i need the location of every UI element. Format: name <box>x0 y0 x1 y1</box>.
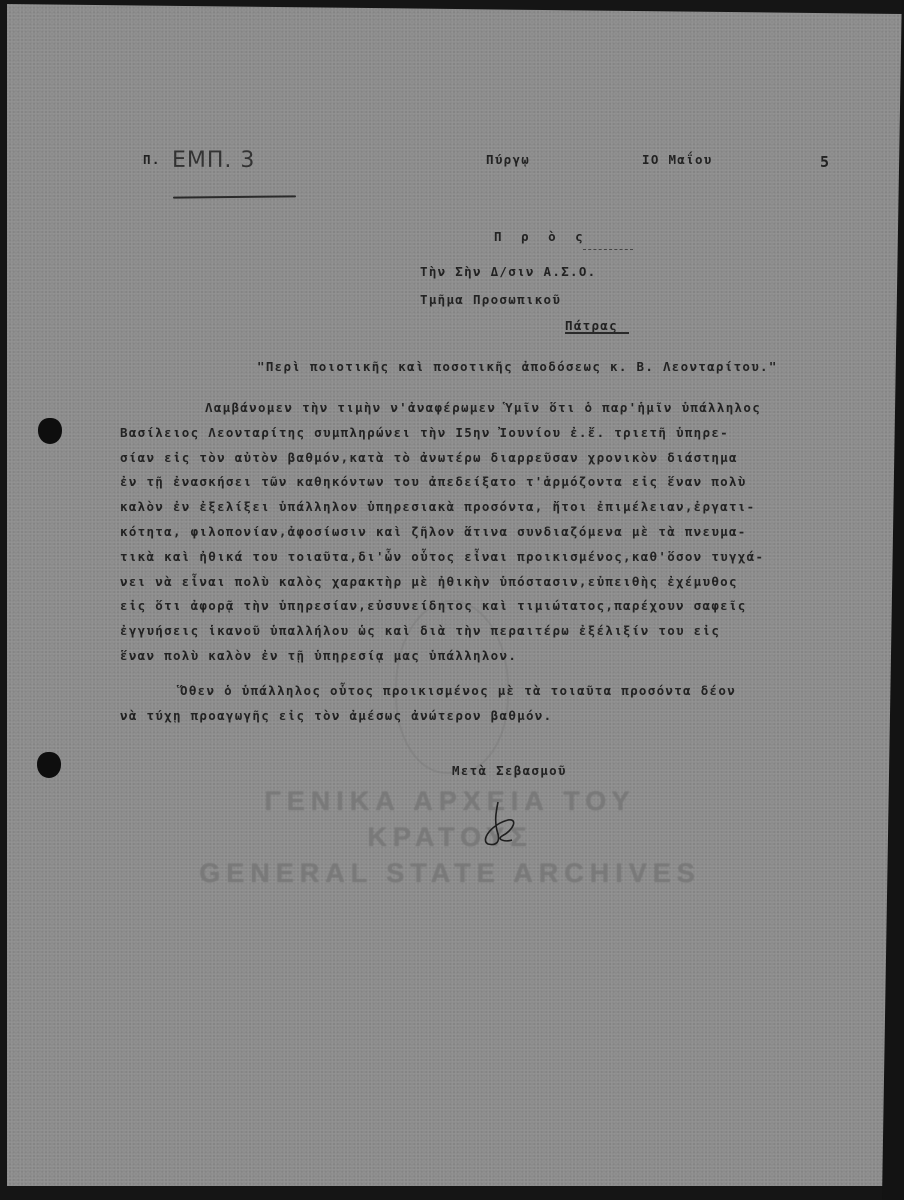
subject-line: "Περὶ ποιοτικῆς καὶ ποσοτικῆς ἀποδόσεως … <box>257 359 778 374</box>
watermark-line-greek: ΓΕΝΙΚΑ ΑΡΧΕΙΑ ΤΟΥ ΚΡΑΤΟΥΣ <box>190 783 710 855</box>
signature-mark <box>478 800 528 850</box>
body-line-5: καλὸν ἐν ἐξελίξει ὑπάλληλον ὑπηρεσιακὰ π… <box>120 499 755 514</box>
header-place: Πύργῳ <box>486 152 530 167</box>
body-line-4: ἐν τῇ ἐνασκήσει τῶν καθηκόντων του ἀπεδε… <box>120 474 747 489</box>
recipient-line-1: Τὴν Σὴν Δ/σιν Α.Σ.Ο. <box>420 264 597 279</box>
recipient-pros: Π ρ ὸ ς <box>494 229 589 244</box>
header-date: ΙΟ Μαΐου <box>642 152 713 167</box>
pros-underline <box>583 249 633 251</box>
body-line-8: νει νὰ εἶναι πολὺ καλὸς χαρακτὴρ μὲ ἠθικ… <box>120 574 738 589</box>
body-line-1: Λαμβάνομεν τὴν τιμὴν ν'ἀναφέρωμεν Ὑμῖν ὅ… <box>205 400 761 415</box>
body-line-9: εἰς ὅτι ἀφορᾷ τὴν ὑπηρεσίαν,εὐσυνείδητος… <box>120 598 747 613</box>
closing-line-1: Ὅθεν ὁ ὑπάλληλος οὗτος προικισμένος μὲ τ… <box>180 683 736 698</box>
city-underline <box>565 332 629 334</box>
body-line-11: ἕναν πολὺ καλὸν ἐν τῇ ὑπηρεσίᾳ μας ὑπάλλ… <box>120 648 517 663</box>
punch-hole-top <box>38 418 62 444</box>
recipient-line-2: Τμῆμα Προσωπικοῦ <box>420 292 561 307</box>
archive-watermark: ΓΕΝΙΚΑ ΑΡΧΕΙΑ ΤΟΥ ΚΡΑΤΟΥΣ GENERAL STATE … <box>190 783 710 891</box>
body-line-2: Βασίλειος Λεονταρίτης συμπληρώνει τὴν Ι5… <box>120 425 729 440</box>
header-prefix: Π. <box>143 152 161 167</box>
body-line-3: σίαν εἰς τὸν αὐτὸν βαθμόν,κατὰ τὸ ἀνωτέρ… <box>120 450 738 465</box>
body-line-10: ἐγγυήσεις ἱκανοῦ ὑπαλλήλου ὡς καὶ διὰ τὴ… <box>120 623 720 638</box>
body-line-7: τικὰ καὶ ἠθικά του τοιαῦτα,δι'ὧν οὗτος ε… <box>120 549 764 564</box>
scanned-paper-page <box>7 4 904 1186</box>
handwritten-reference: ΕΜΠ. 3 <box>172 148 255 173</box>
page-mark: 5 <box>820 153 830 171</box>
punch-hole-bottom <box>37 752 61 778</box>
salutation: Μετὰ Σεβασμοῦ <box>452 763 567 778</box>
recipient-city: Πάτρας <box>565 318 618 333</box>
closing-line-2: νὰ τύχῃ προαγωγῆς εἰς τὸν ἀμέσως ἀνώτερο… <box>120 708 552 723</box>
body-line-6: κότητα, φιλοπονίαν,ἀφοσίωσιν καὶ ζῆλον ἅ… <box>120 524 747 539</box>
watermark-line-english: GENERAL STATE ARCHIVES <box>190 855 710 891</box>
